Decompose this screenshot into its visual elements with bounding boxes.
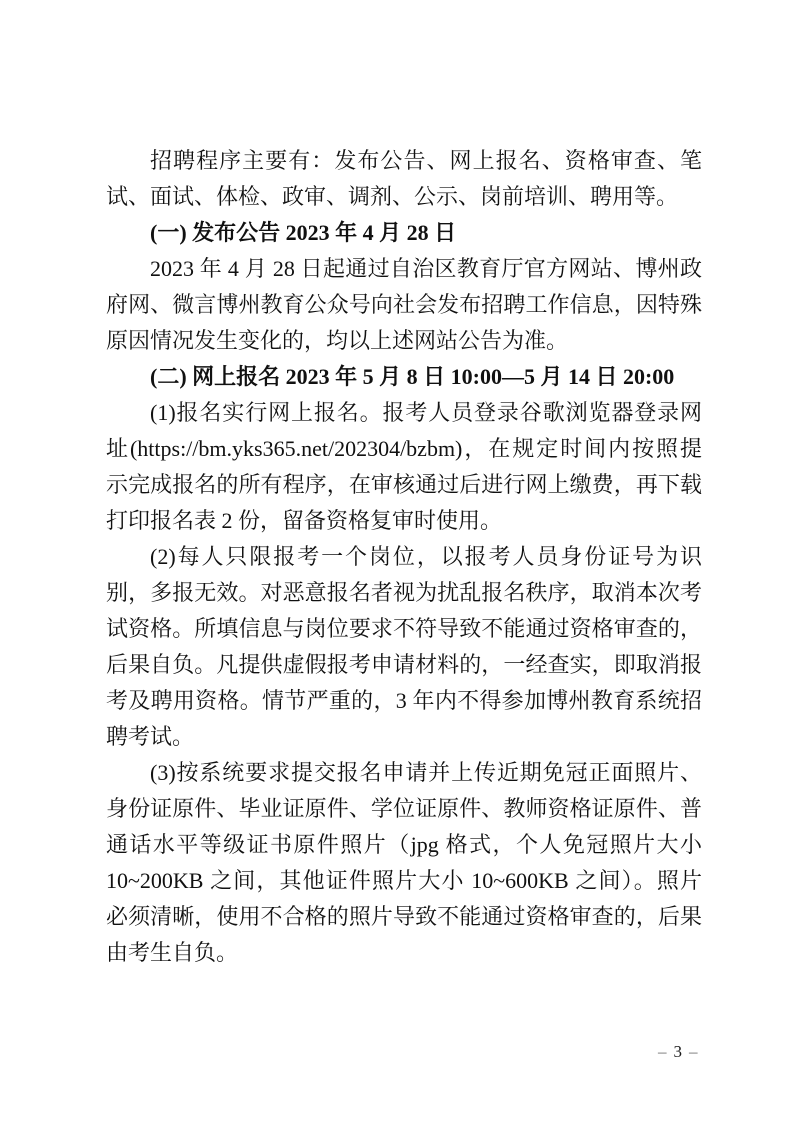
page-number-value: 3 (667, 1042, 690, 1061)
section-1-paragraph: 2023 年 4 月 28 日起通过自治区教育厅官方网站、博州政府网、微言博州教… (106, 251, 702, 359)
section-2-heading: (二) 网上报名 2023 年 5 月 8 日 10:00—5 月 14 日 2… (106, 359, 702, 395)
section-2-item-1-paragraph: (1)报名实行网上报名。报考人员登录谷歌浏览器登录网址(https://bm.y… (106, 395, 702, 539)
section-2-item-3-paragraph: (3)按系统要求提交报名申请并上传近期免冠正面照片、身份证原件、毕业证原件、学位… (106, 755, 702, 971)
page-number-left-dash: – (658, 1042, 667, 1061)
document-page: 招聘程序主要有：发布公告、网上报名、资格审查、笔试、面试、体检、政审、调剂、公示… (0, 0, 793, 1122)
page-number: –3– (641, 1019, 698, 1085)
section-1-heading: (一) 发布公告 2023 年 4 月 28 日 (106, 215, 702, 251)
section-2-item-2-paragraph: (2)每人只限报考一个岗位，以报考人员身份证号为识别，多报无效。对恶意报名者视为… (106, 539, 702, 755)
intro-paragraph: 招聘程序主要有：发布公告、网上报名、资格审查、笔试、面试、体检、政审、调剂、公示… (106, 143, 702, 215)
document-body: 招聘程序主要有：发布公告、网上报名、资格审查、笔试、面试、体检、政审、调剂、公示… (106, 143, 702, 971)
page-number-right-dash: – (689, 1042, 698, 1061)
